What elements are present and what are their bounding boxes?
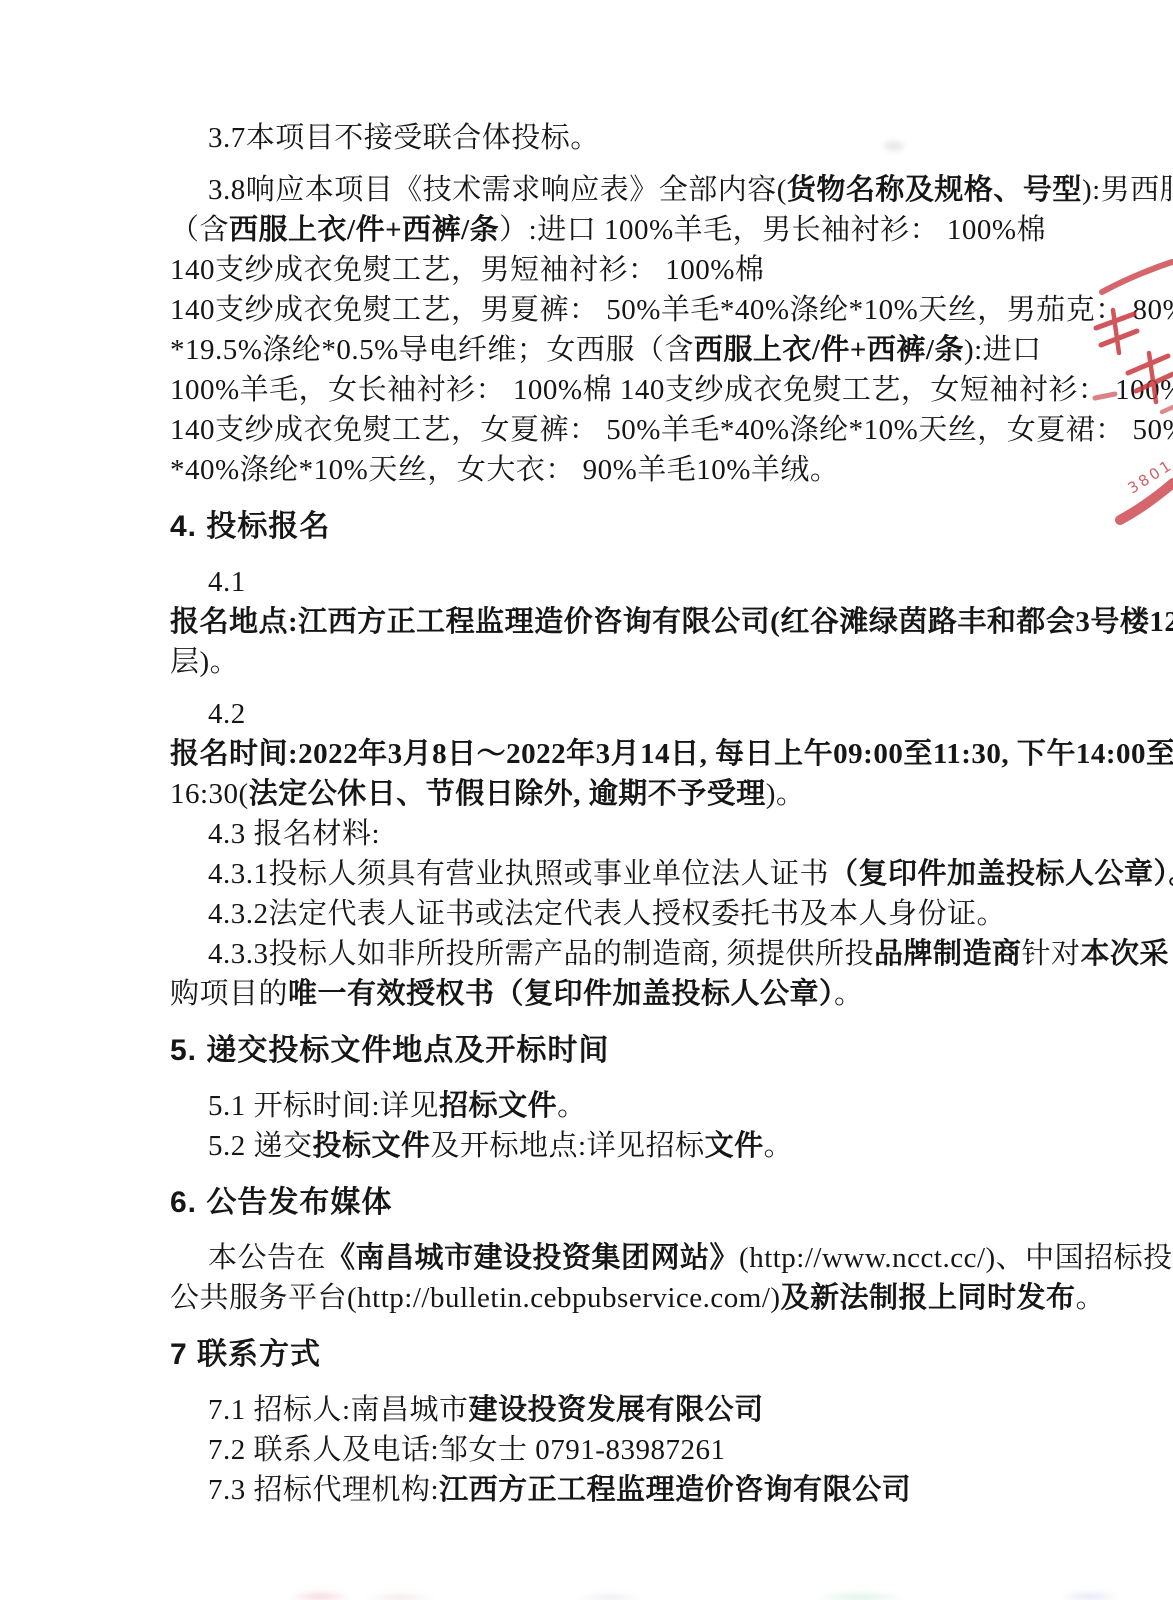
text-segment: 法定公休日、节假日除外, 逾期不予受理 bbox=[249, 778, 766, 810]
section-heading: 6. 公告发布媒体 bbox=[170, 1182, 1030, 1224]
scanned-document-page: 3.7本项目不接受联合体投标。3.8响应本项目《技术需求响应表》全部内容(货物名… bbox=[0, 0, 1173, 1600]
red-stamp: 3801 bbox=[1040, 252, 1173, 544]
text-line: 100%羊毛，女长袖衬衫： 100%棉 140支纱成衣免熨工艺，女短袖衬衫： 1… bbox=[170, 370, 1030, 410]
text-segment: 层)。 bbox=[170, 646, 239, 678]
text-line: 3.7本项目不接受联合体投标。 bbox=[170, 118, 1030, 158]
text-line: 140支纱成衣免熨工艺，男夏裤： 50%羊毛*40%涤纶*10%天丝，男茄克： … bbox=[170, 290, 1030, 330]
text-segment: 江西方正工程监理造价咨询有限公司 bbox=[439, 1474, 911, 1506]
text-segment: ）:进口 100%羊毛，男长袖衬衫： 100%棉 bbox=[499, 214, 1046, 246]
section-heading: 4. 投标报名 bbox=[170, 506, 1030, 548]
text-line: 4.3.1投标人须具有营业执照或事业单位法人证书（复印件加盖投标人公章）。 bbox=[170, 854, 1030, 894]
text-segment: *40%涤纶*10%天丝，女大衣： 90%羊毛10%羊绒。 bbox=[170, 454, 839, 486]
text-segment: 公共服务平台(http://bulletin.cebpubservice.com… bbox=[170, 1282, 781, 1314]
text-segment: ):男西服 bbox=[1082, 174, 1173, 206]
stamp-stroke bbox=[1113, 310, 1119, 353]
text-line: 4.3 报名材料: bbox=[170, 814, 1030, 854]
text-segment: 3.8响应本项目《技术需求响应表》全部内容( bbox=[208, 174, 787, 206]
text-segment: 购项目的 bbox=[170, 978, 288, 1010]
text-line: （含西服上衣/件+西裤/条）:进口 100%羊毛，男长袖衬衫： 100%棉 bbox=[170, 210, 1030, 250]
text-line: 140支纱成衣免熨工艺，女夏裤： 50%羊毛*40%涤纶*10%天丝，女夏裙： … bbox=[170, 410, 1030, 450]
text-segment: 7.1 招标人:南昌城市 bbox=[208, 1394, 469, 1426]
text-segment: ):进口 bbox=[964, 334, 1042, 366]
text-segment: 。 bbox=[1076, 1282, 1106, 1314]
text-line: 购项目的唯一有效授权书（复印件加盖投标人公章）。 bbox=[170, 974, 1030, 1014]
text-segment: 3.7本项目不接受联合体投标。 bbox=[208, 122, 600, 154]
text-line: 报名地点:江西方正工程监理造价咨询有限公司(红谷滩绿茵路丰和都会3号楼12 bbox=[170, 602, 1030, 642]
text-line: 7.1 招标人:南昌城市建设投资发展有限公司 bbox=[170, 1390, 1030, 1430]
text-segment: 4.3.1投标人须具有营业执照或事业单位法人证书 bbox=[208, 858, 829, 890]
text-line: 140支纱成衣免熨工艺，男短袖衬衫： 100%棉 bbox=[170, 250, 1030, 290]
text-segment: 140支纱成衣免熨工艺，男短袖衬衫： 100%棉 bbox=[170, 254, 764, 286]
text-segment: 7 联系方式 bbox=[170, 1338, 321, 1371]
text-segment: （含 bbox=[170, 214, 229, 246]
stamp-stroke bbox=[1162, 407, 1173, 412]
text-segment: 4.3.2法定代表人证书或法定代表人授权委托书及本人身份证。 bbox=[208, 898, 1006, 930]
text-segment: 140支纱成衣免熨工艺，女夏裤： 50%羊毛*40%涤纶*10%天丝，女夏裙： … bbox=[170, 414, 1173, 446]
text-segment: 5.1 开标时间:详见 bbox=[208, 1090, 439, 1122]
text-segment: 4. 投标报名 bbox=[170, 510, 330, 543]
text-line: 5.2 递交投标文件及开标地点:详见招标文件。 bbox=[170, 1126, 1030, 1166]
text-line: 4.3.3投标人如非所投所需产品的制造商, 须提供所投品牌制造商针对本次采 bbox=[170, 934, 1030, 974]
text-segment: 货物名称及规格、号型 bbox=[787, 174, 1082, 206]
text-segment: 。 bbox=[834, 978, 864, 1010]
stamp-dash bbox=[1095, 394, 1115, 398]
text-segment: 及开标地点:详见招标 bbox=[431, 1130, 705, 1162]
text-segment: 。 bbox=[764, 1130, 794, 1162]
text-line: 公共服务平台(http://bulletin.cebpubservice.com… bbox=[170, 1278, 1030, 1318]
text-segment: 文件 bbox=[705, 1130, 764, 1162]
text-segment: 品牌制造商 bbox=[874, 938, 1022, 970]
text-segment: )。 bbox=[766, 778, 806, 810]
text-segment: 6. 公告发布媒体 bbox=[170, 1186, 392, 1219]
text-segment: 4.3.3投标人如非所投所需产品的制造商, 须提供所投 bbox=[208, 938, 874, 970]
text-segment: 及新法制报上同时发布 bbox=[781, 1282, 1076, 1314]
bottom-scan-smudge bbox=[0, 1578, 1173, 1600]
text-line: *40%涤纶*10%天丝，女大衣： 90%羊毛10%羊绒。 bbox=[170, 450, 1030, 490]
text-line: 4.3.2法定代表人证书或法定代表人授权委托书及本人身份证。 bbox=[170, 894, 1030, 934]
text-segment: 《南昌城市建设投资集团网站》 bbox=[326, 1242, 739, 1274]
text-segment: 唯一有效授权书（复印件加盖投标人公章） bbox=[288, 978, 834, 1010]
text-line: 7.2 联系人及电话:邹女士 0791-83987261 bbox=[170, 1430, 1030, 1470]
text-line: 本公告在《南昌城市建设投资集团网站》(http://www.ncct.cc/)、… bbox=[170, 1238, 1030, 1278]
scan-artifact bbox=[884, 141, 904, 151]
text-line: 3.8响应本项目《技术需求响应表》全部内容(货物名称及规格、号型):男西服 bbox=[170, 170, 1030, 210]
text-line: 层)。 bbox=[170, 642, 1030, 682]
text-segment: 本次采 bbox=[1081, 938, 1170, 970]
text-segment: 招标文件 bbox=[439, 1090, 557, 1122]
text-segment: 4.3 报名材料: bbox=[208, 818, 380, 850]
text-segment: 建设投资发展有限公司 bbox=[469, 1394, 764, 1426]
text-segment: 5.2 递交 bbox=[208, 1130, 313, 1162]
text-segment: 西服上衣/件+西裤/条 bbox=[694, 334, 964, 366]
text-line: 16:30(法定公休日、节假日除外, 逾期不予受理)。 bbox=[170, 774, 1030, 814]
text-line: 报名时间:2022年3月8日～2022年3月14日, 每日上午09:00至11:… bbox=[170, 734, 1030, 774]
text-segment: 140支纱成衣免熨工艺，男夏裤： 50%羊毛*40%涤纶*10%天丝，男茄克： … bbox=[170, 294, 1173, 326]
text-segment: 4.2 bbox=[208, 698, 246, 730]
text-segment: 。 bbox=[557, 1090, 587, 1122]
text-segment: （复印件加盖投标人公章）。 bbox=[829, 858, 1173, 890]
text-segment: 针对 bbox=[1022, 938, 1081, 970]
section-heading: 7 联系方式 bbox=[170, 1334, 1030, 1376]
text-segment: 7.3 招标代理机构: bbox=[208, 1474, 439, 1506]
text-segment: 100%羊毛，女长袖衬衫： 100%棉 140支纱成衣免熨工艺，女短袖衬衫： 1… bbox=[170, 374, 1173, 406]
text-segment: (http://www.ncct.cc/)、中国招标投标 bbox=[739, 1242, 1173, 1274]
text-segment: 西服上衣/件+西裤/条 bbox=[229, 214, 499, 246]
text-line: 5.1 开标时间:详见招标文件。 bbox=[170, 1086, 1030, 1126]
section-heading: 5. 递交投标文件地点及开标时间 bbox=[170, 1030, 1030, 1072]
stamp-stroke bbox=[1102, 262, 1172, 292]
text-line: 4.1 bbox=[170, 562, 1030, 602]
text-segment: 本公告在 bbox=[208, 1242, 326, 1274]
text-segment: 5. 递交投标文件地点及开标时间 bbox=[170, 1034, 609, 1067]
text-segment: *19.5%涤纶*0.5%导电纤维；女西服（含 bbox=[170, 334, 694, 366]
text-line: *19.5%涤纶*0.5%导电纤维；女西服（含西服上衣/件+西裤/条):进口 bbox=[170, 330, 1030, 370]
text-line: 7.3 招标代理机构:江西方正工程监理造价咨询有限公司 bbox=[170, 1470, 1030, 1510]
text-segment: 7.2 联系人及电话:邹女士 0791-83987261 bbox=[208, 1434, 725, 1466]
document-body: 3.7本项目不接受联合体投标。3.8响应本项目《技术需求响应表》全部内容(货物名… bbox=[170, 118, 1030, 1510]
text-segment: 4.1 bbox=[208, 566, 246, 598]
text-line: 4.2 bbox=[170, 694, 1030, 734]
text-segment: 投标文件 bbox=[313, 1130, 431, 1162]
text-segment: 16:30( bbox=[170, 778, 249, 810]
text-segment: 报名地点:江西方正工程监理造价咨询有限公司(红谷滩绿茵路丰和都会3号楼12 bbox=[170, 606, 1173, 638]
text-segment: 报名时间:2022年3月8日～2022年3月14日, 每日上午09:00至11:… bbox=[170, 738, 1173, 770]
